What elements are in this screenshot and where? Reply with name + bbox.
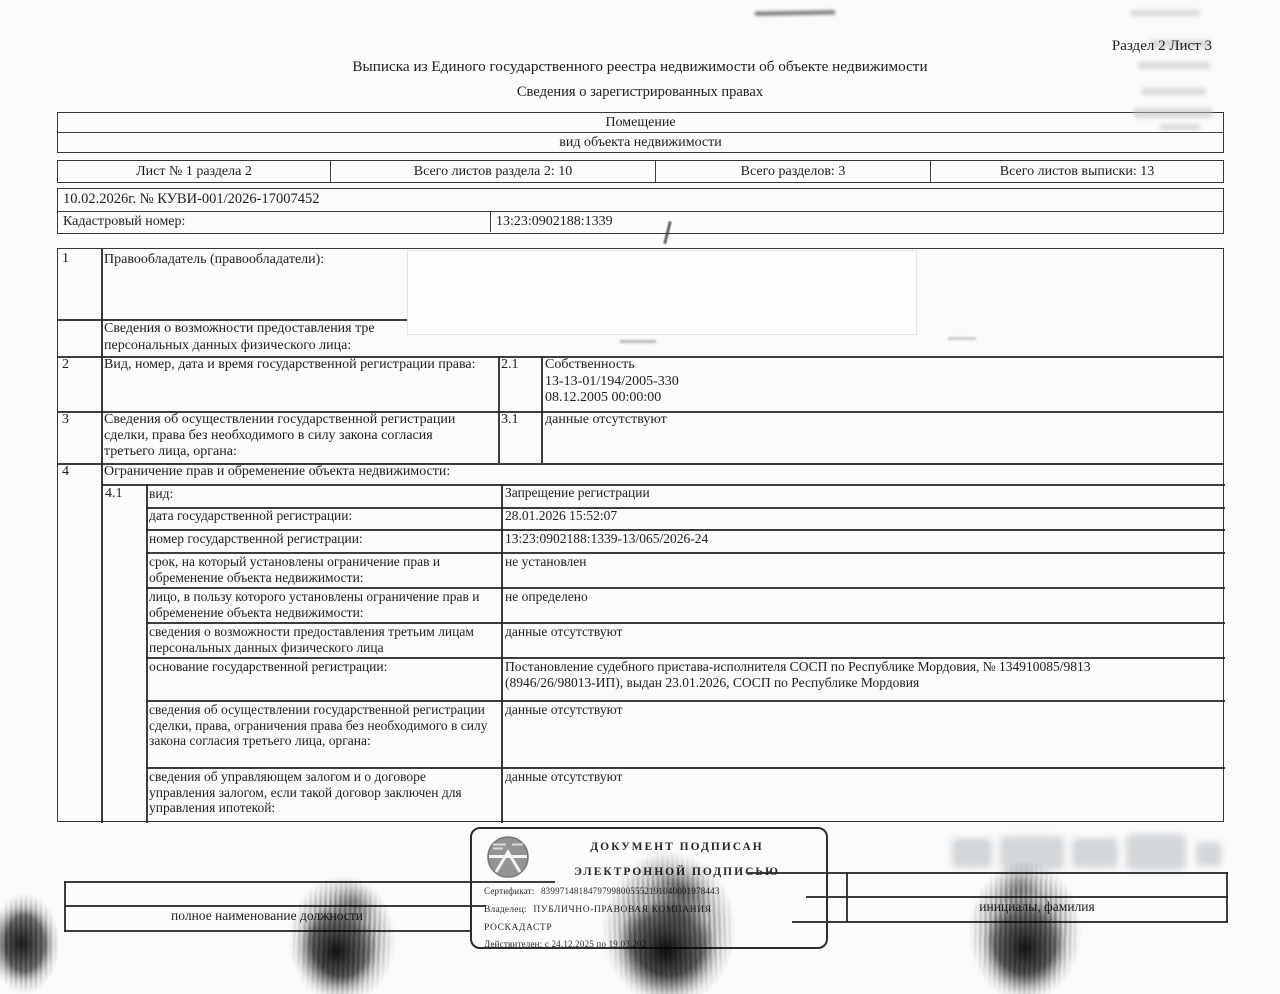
signature-line	[64, 905, 486, 907]
row-subnumber: 4.1	[105, 486, 135, 502]
stamp-validity: Действителен: с 24.12.2025 по 19.03.202	[484, 939, 646, 949]
doc-date-number: 10.02.2026г. № КУВИ-001/2026-17007452	[58, 189, 1223, 212]
doc-meta-table: 10.02.2026г. № КУВИ-001/2026-17007452 Ка…	[57, 188, 1224, 234]
scan-artifact	[1134, 108, 1212, 118]
row-number: 2	[62, 357, 92, 373]
deal-registration-label: Сведения об осуществлении государственно…	[104, 412, 484, 460]
bleed-through-artifact	[1196, 842, 1222, 866]
sheet-number-cell: Лист № 1 раздела 2	[58, 161, 331, 182]
object-type-caption: вид объекта недвижимости	[58, 133, 1223, 152]
rightholder-label: Правообладатель (правообладатели):	[104, 252, 434, 268]
total-section-sheets-cell: Всего листов раздела 2: 10	[331, 161, 656, 182]
document-subtitle: Сведения о зарегистрированных правах	[0, 84, 1280, 101]
sheet-info-table: Лист № 1 раздела 2 Всего листов раздела …	[57, 160, 1224, 183]
row-subnumber: 2.1	[501, 357, 531, 373]
stamp-certificate-row: Сертификат: 8399714818479799800555219104…	[484, 886, 720, 896]
certificate-value: 83997148184797998005552191040001978443	[541, 886, 720, 896]
restriction-row-label: сведения об управляющем залогом и о дого…	[149, 769, 494, 816]
restriction-row-value: данные отсутствуют	[505, 624, 1210, 640]
restriction-row-label: вид:	[149, 486, 491, 502]
restriction-row-value: Постановление судебного пристава-исполни…	[505, 659, 1215, 690]
bleed-through-artifact	[1126, 834, 1186, 870]
signature-line	[792, 921, 1228, 923]
stamp-title-line2: ЭЛЕКТРОННОЙ ПОДПИСЬЮ	[536, 866, 818, 878]
restriction-row-label: лицо, в пользу которого установлены огра…	[149, 589, 494, 620]
bleed-through-artifact	[952, 838, 992, 868]
scan-artifact	[620, 340, 656, 343]
restriction-row-value: данные отсутствуют	[505, 769, 1210, 785]
table-grid-line	[101, 249, 103, 823]
certificate-label: Сертификат:	[484, 886, 535, 896]
row-number: 1	[62, 251, 92, 267]
row-number: 4	[62, 464, 92, 480]
cadastral-number-value: 13:23:0902188:1339	[491, 212, 1223, 232]
table-grid-line	[146, 484, 148, 823]
document-title: Выписка из Единого государственного реес…	[0, 58, 1280, 76]
restriction-row-label: сведения о возможности предоставления тр…	[149, 624, 494, 655]
row-subnumber: 3.1	[501, 412, 531, 428]
object-type-table: Помещение вид объекта недвижимости	[57, 112, 1224, 153]
total-extract-sheets-cell: Всего листов выписки: 13	[931, 161, 1223, 182]
total-sections-cell: Всего разделов: 3	[656, 161, 931, 182]
position-title-caption: полное наименование должности	[64, 908, 470, 924]
restrictions-section-label: Ограничение прав и обременение объекта н…	[104, 464, 804, 480]
bleed-through-artifact	[1000, 836, 1064, 870]
rightholder-sub-label: Сведения о возможности предоставления тр…	[104, 320, 444, 354]
table-grid-line	[541, 356, 543, 463]
registration-kind-label: Вид, номер, дата и время государственной…	[104, 357, 484, 373]
restriction-row-value: 13:23:0902188:1339-13/065/2026-24	[505, 531, 1210, 547]
restriction-row-label: основание государственной регистрации:	[149, 659, 491, 675]
cadastral-number-label: Кадастровый номер:	[58, 212, 491, 232]
signature-line	[806, 896, 1228, 898]
table-grid-line	[498, 356, 500, 463]
table-grid-line	[501, 484, 503, 823]
signature-line	[64, 930, 472, 932]
electronic-signature-stamp: ДОКУМЕНТ ПОДПИСАН ЭЛЕКТРОННОЙ ПОДПИСЬЮ С…	[470, 827, 828, 949]
restriction-row-value: Запрещение регистрации	[505, 485, 1210, 501]
restriction-row-label: срок, на который установлены ограничение…	[149, 554, 494, 585]
restriction-row-label: дата государственной регистрации:	[149, 508, 491, 524]
stamp-owner-row: Владелец: ПУБЛИЧНО-ПРАВОВАЯ КОМПАНИЯ	[484, 905, 712, 915]
initials-surname-caption: инициалы, фамилия	[846, 899, 1228, 915]
object-type-value: Помещение	[58, 113, 1223, 133]
section-sheet-label: Раздел 2 Лист 3	[1000, 38, 1212, 55]
owner-value: ПУБЛИЧНО-ПРАВОВАЯ КОМПАНИЯ	[533, 905, 711, 915]
scan-artifact	[948, 337, 976, 340]
bleed-through-artifact	[1072, 838, 1118, 868]
stamp-title-line1: ДОКУМЕНТ ПОДПИСАН	[536, 841, 818, 853]
scan-artifact	[1160, 124, 1200, 130]
owner-value-line2: РОСКАДАСТР	[484, 923, 552, 933]
owner-label: Владелец:	[484, 905, 527, 915]
ink-smudge	[0, 882, 60, 994]
row-number: 3	[62, 412, 92, 428]
document-page: Раздел 2 Лист 3 Выписка из Единого госуд…	[0, 0, 1280, 994]
redaction-overlay	[407, 250, 917, 335]
restriction-row-value: не установлен	[505, 554, 1210, 570]
roskadastr-logo-icon	[486, 835, 530, 879]
registration-kind-value: Собственность 13-13-01/194/2005-330 08.1…	[545, 357, 1205, 407]
scan-artifact	[1130, 10, 1200, 16]
deal-registration-value: данные отсутствуют	[545, 412, 1205, 428]
restriction-row-value: не определено	[505, 589, 1210, 605]
restriction-row-label: сведения об осуществлении государственно…	[149, 702, 491, 749]
scan-artifact	[755, 10, 835, 15]
restriction-row-value: данные отсутствуют	[505, 702, 1210, 718]
ink-smudge	[286, 856, 398, 994]
restriction-row-label: номер государственной регистрации:	[149, 531, 491, 547]
restriction-row-value: 28.01.2026 15:52:07	[505, 508, 1210, 524]
